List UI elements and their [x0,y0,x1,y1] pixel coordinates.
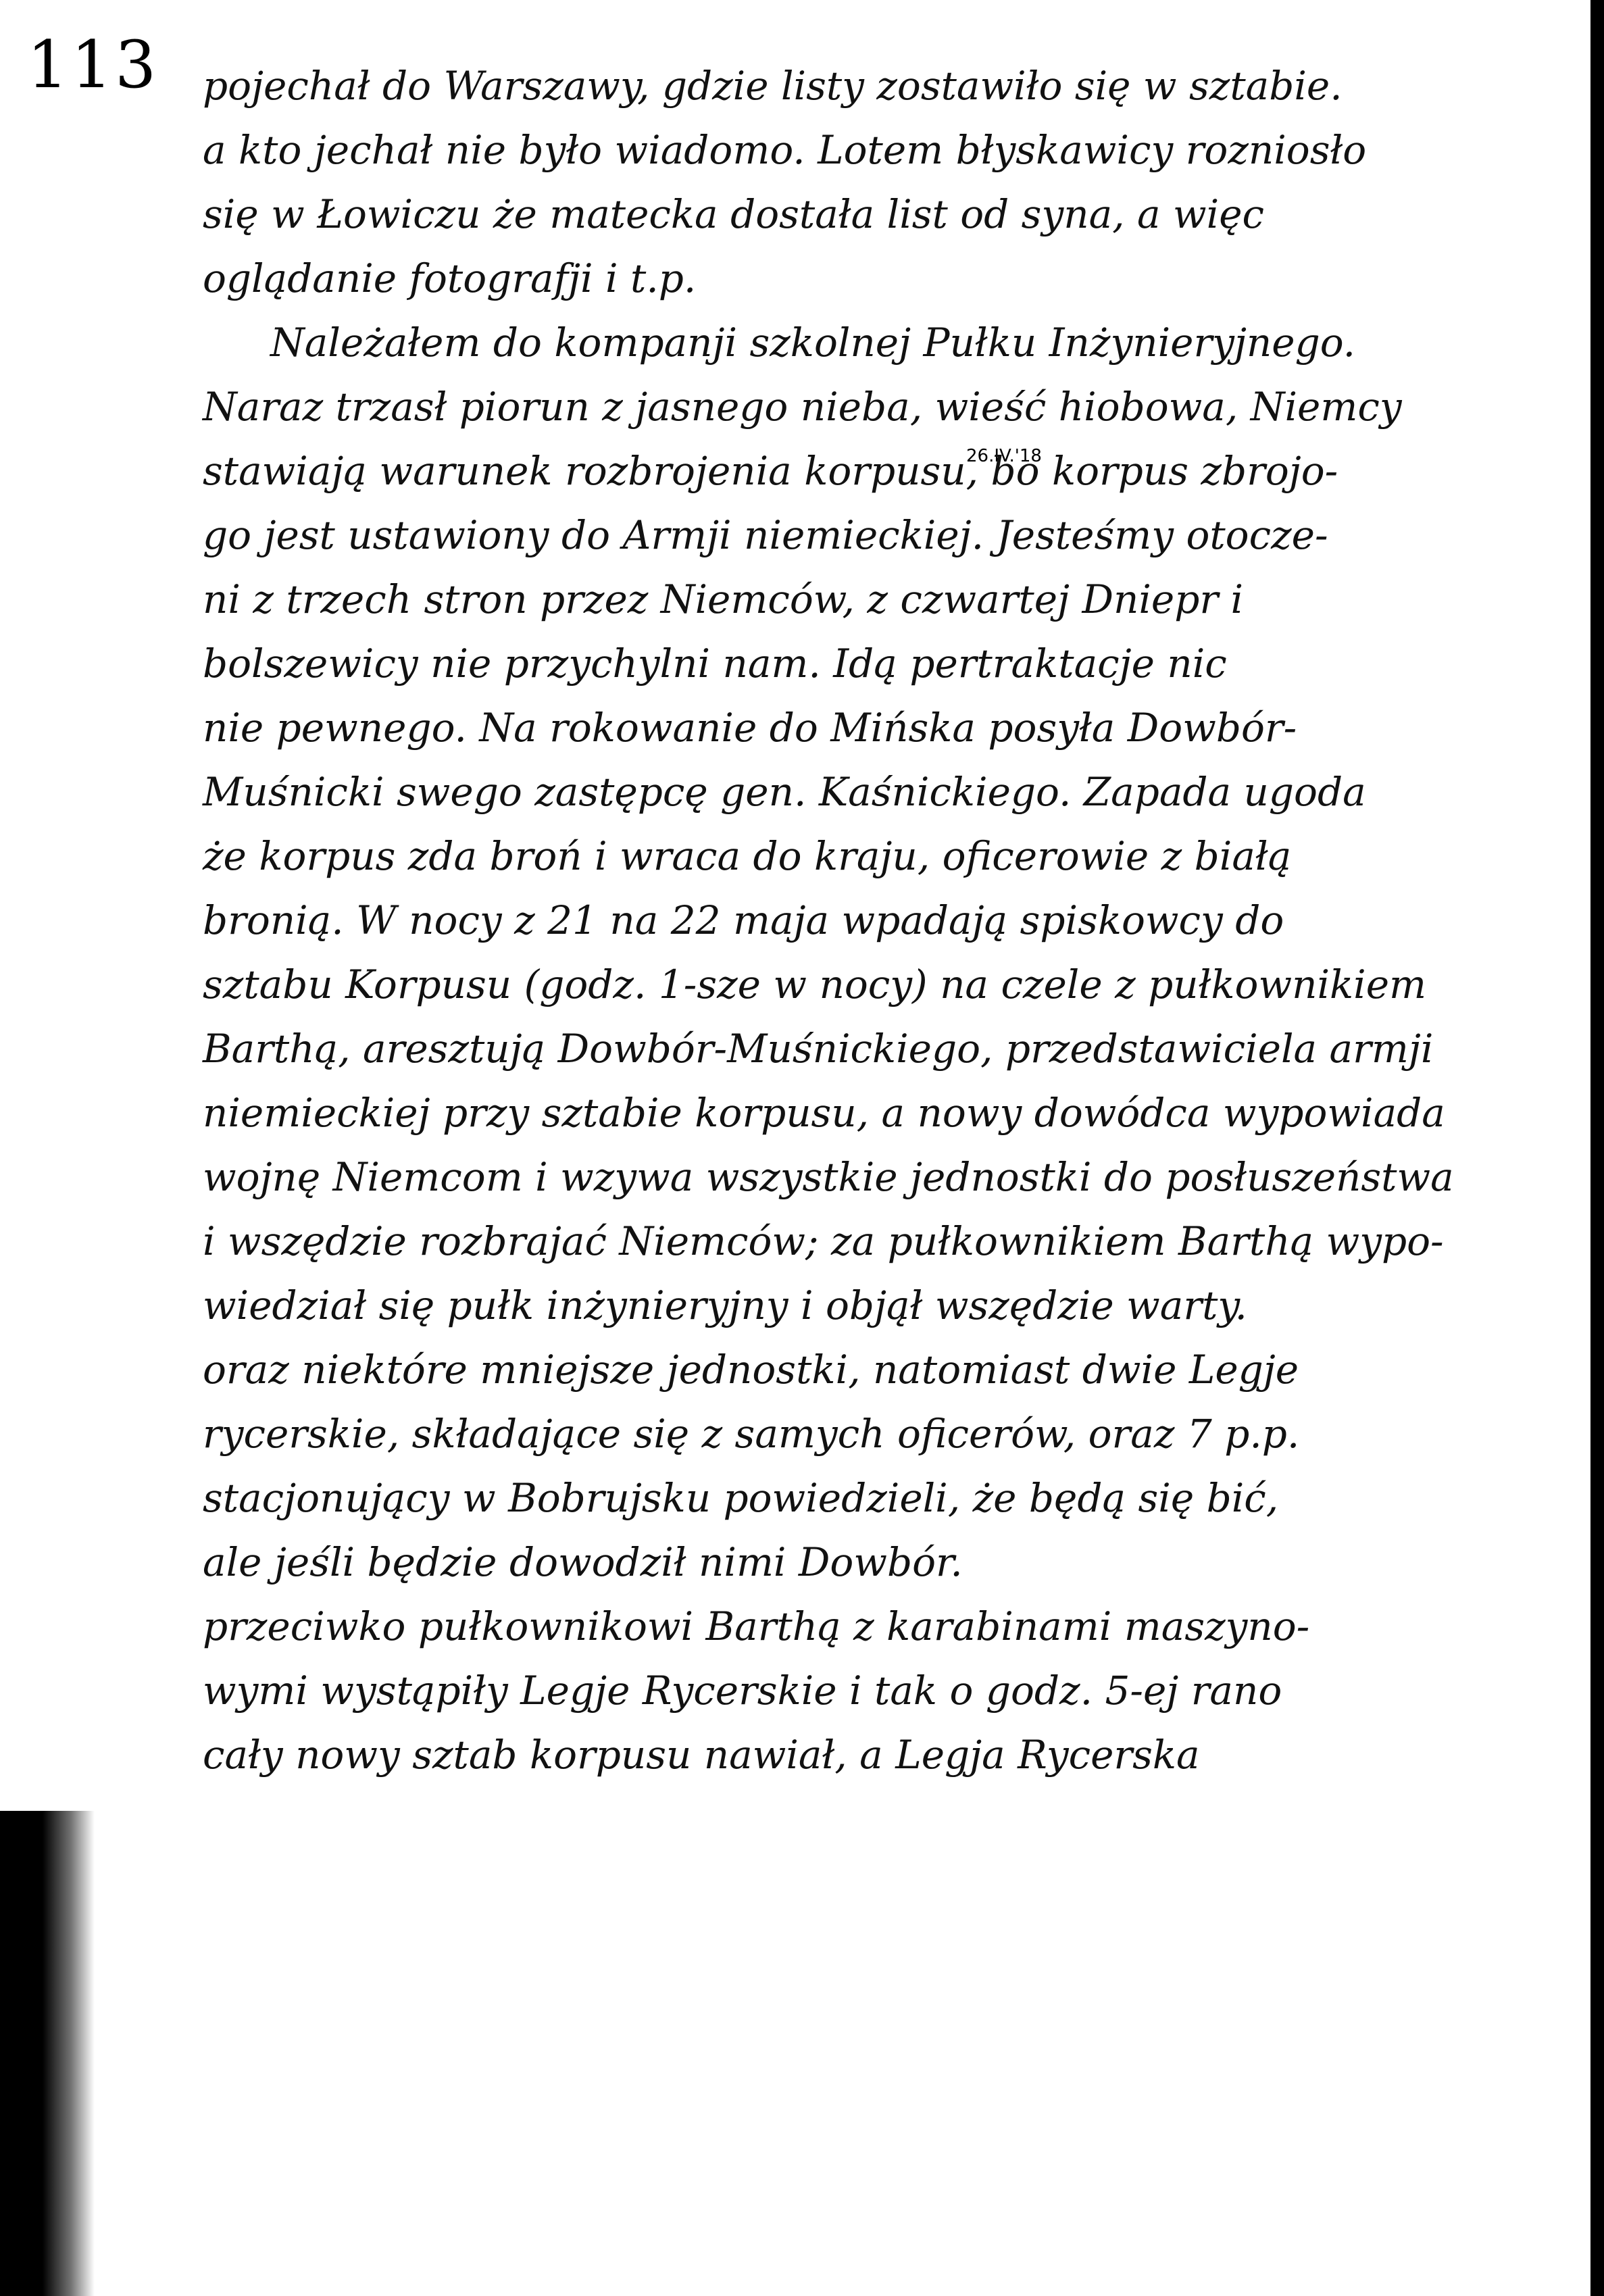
text-line: rycerskie, składające się z samych ofice… [203,1402,1581,1466]
text-line: ni z trzech stron przez Niemców, z czwar… [203,568,1581,632]
text-line: sztabu Korpusu (godz. 1-sze w nocy) na c… [203,953,1581,1017]
text-line: przeciwko pułkownikowi Barthą z karabina… [203,1595,1581,1659]
text-line: Muśnicki swego zastępcę gen. Kaśnickiego… [203,760,1581,824]
text-line: bolszewicy nie przychylni nam. Idą pertr… [203,632,1581,696]
text-line: wiedział się pułk inżynieryjny i objął w… [203,1274,1581,1338]
text-line: pojechał do Warszawy, gdzie listy zostaw… [203,54,1581,118]
text-line: i wszędzie rozbrajać Niemców; za pułkown… [203,1209,1581,1274]
text-line: oraz niektóre mniejsze jednostki, natomi… [203,1338,1581,1402]
text-line: nie pewnego. Na rokowanie do Mińska posy… [203,696,1581,760]
text-line: bronią. W nocy z 21 na 22 maja wpadają s… [203,889,1581,953]
text-line: Naraz trzasł piorun z jasnego nieba, wie… [203,375,1581,439]
text-line: się w Łowiczu że matecka dostała list od… [203,182,1581,247]
text-line: że korpus zda broń i wraca do kraju, ofi… [203,824,1581,889]
page-number: 113 [27,27,159,103]
text-line: Barthą, aresztują Dowbór-Muśnickiego, pr… [203,1017,1581,1081]
manuscript-page: 113 26.IV.'18 pojechał do Warszawy, gdzi… [0,0,1604,2296]
text-line: ale jeśli będzie dowodził nimi Dowbór. [203,1530,1581,1595]
text-line: niemieckiej przy sztabie korpusu, a nowy… [203,1081,1581,1145]
page-edge-border [1590,0,1604,2296]
handwritten-text: pojechał do Warszawy, gdzie listy zostaw… [203,54,1581,1787]
text-line: cały nowy sztab korpusu nawiał, a Legja … [203,1723,1581,1787]
text-line: go jest ustawiony do Armji niemieckiej. … [203,503,1581,568]
text-line: wojnę Niemcom i wzywa wszystkie jednostk… [203,1145,1581,1209]
text-line: stawiają warunek rozbrojenia korpusu, bo… [203,439,1581,503]
scan-shadow [0,1811,95,2296]
text-line: oglądanie fotografji i t.p. [203,247,1581,311]
text-line: a kto jechał nie było wiadomo. Lotem bły… [203,118,1581,182]
text-line: Należałem do kompanji szkolnej Pułku Inż… [203,311,1581,375]
text-line: stacjonujący w Bobrujsku powiedzieli, że… [203,1466,1581,1530]
text-line: wymi wystąpiły Legje Rycerskie i tak o g… [203,1659,1581,1723]
